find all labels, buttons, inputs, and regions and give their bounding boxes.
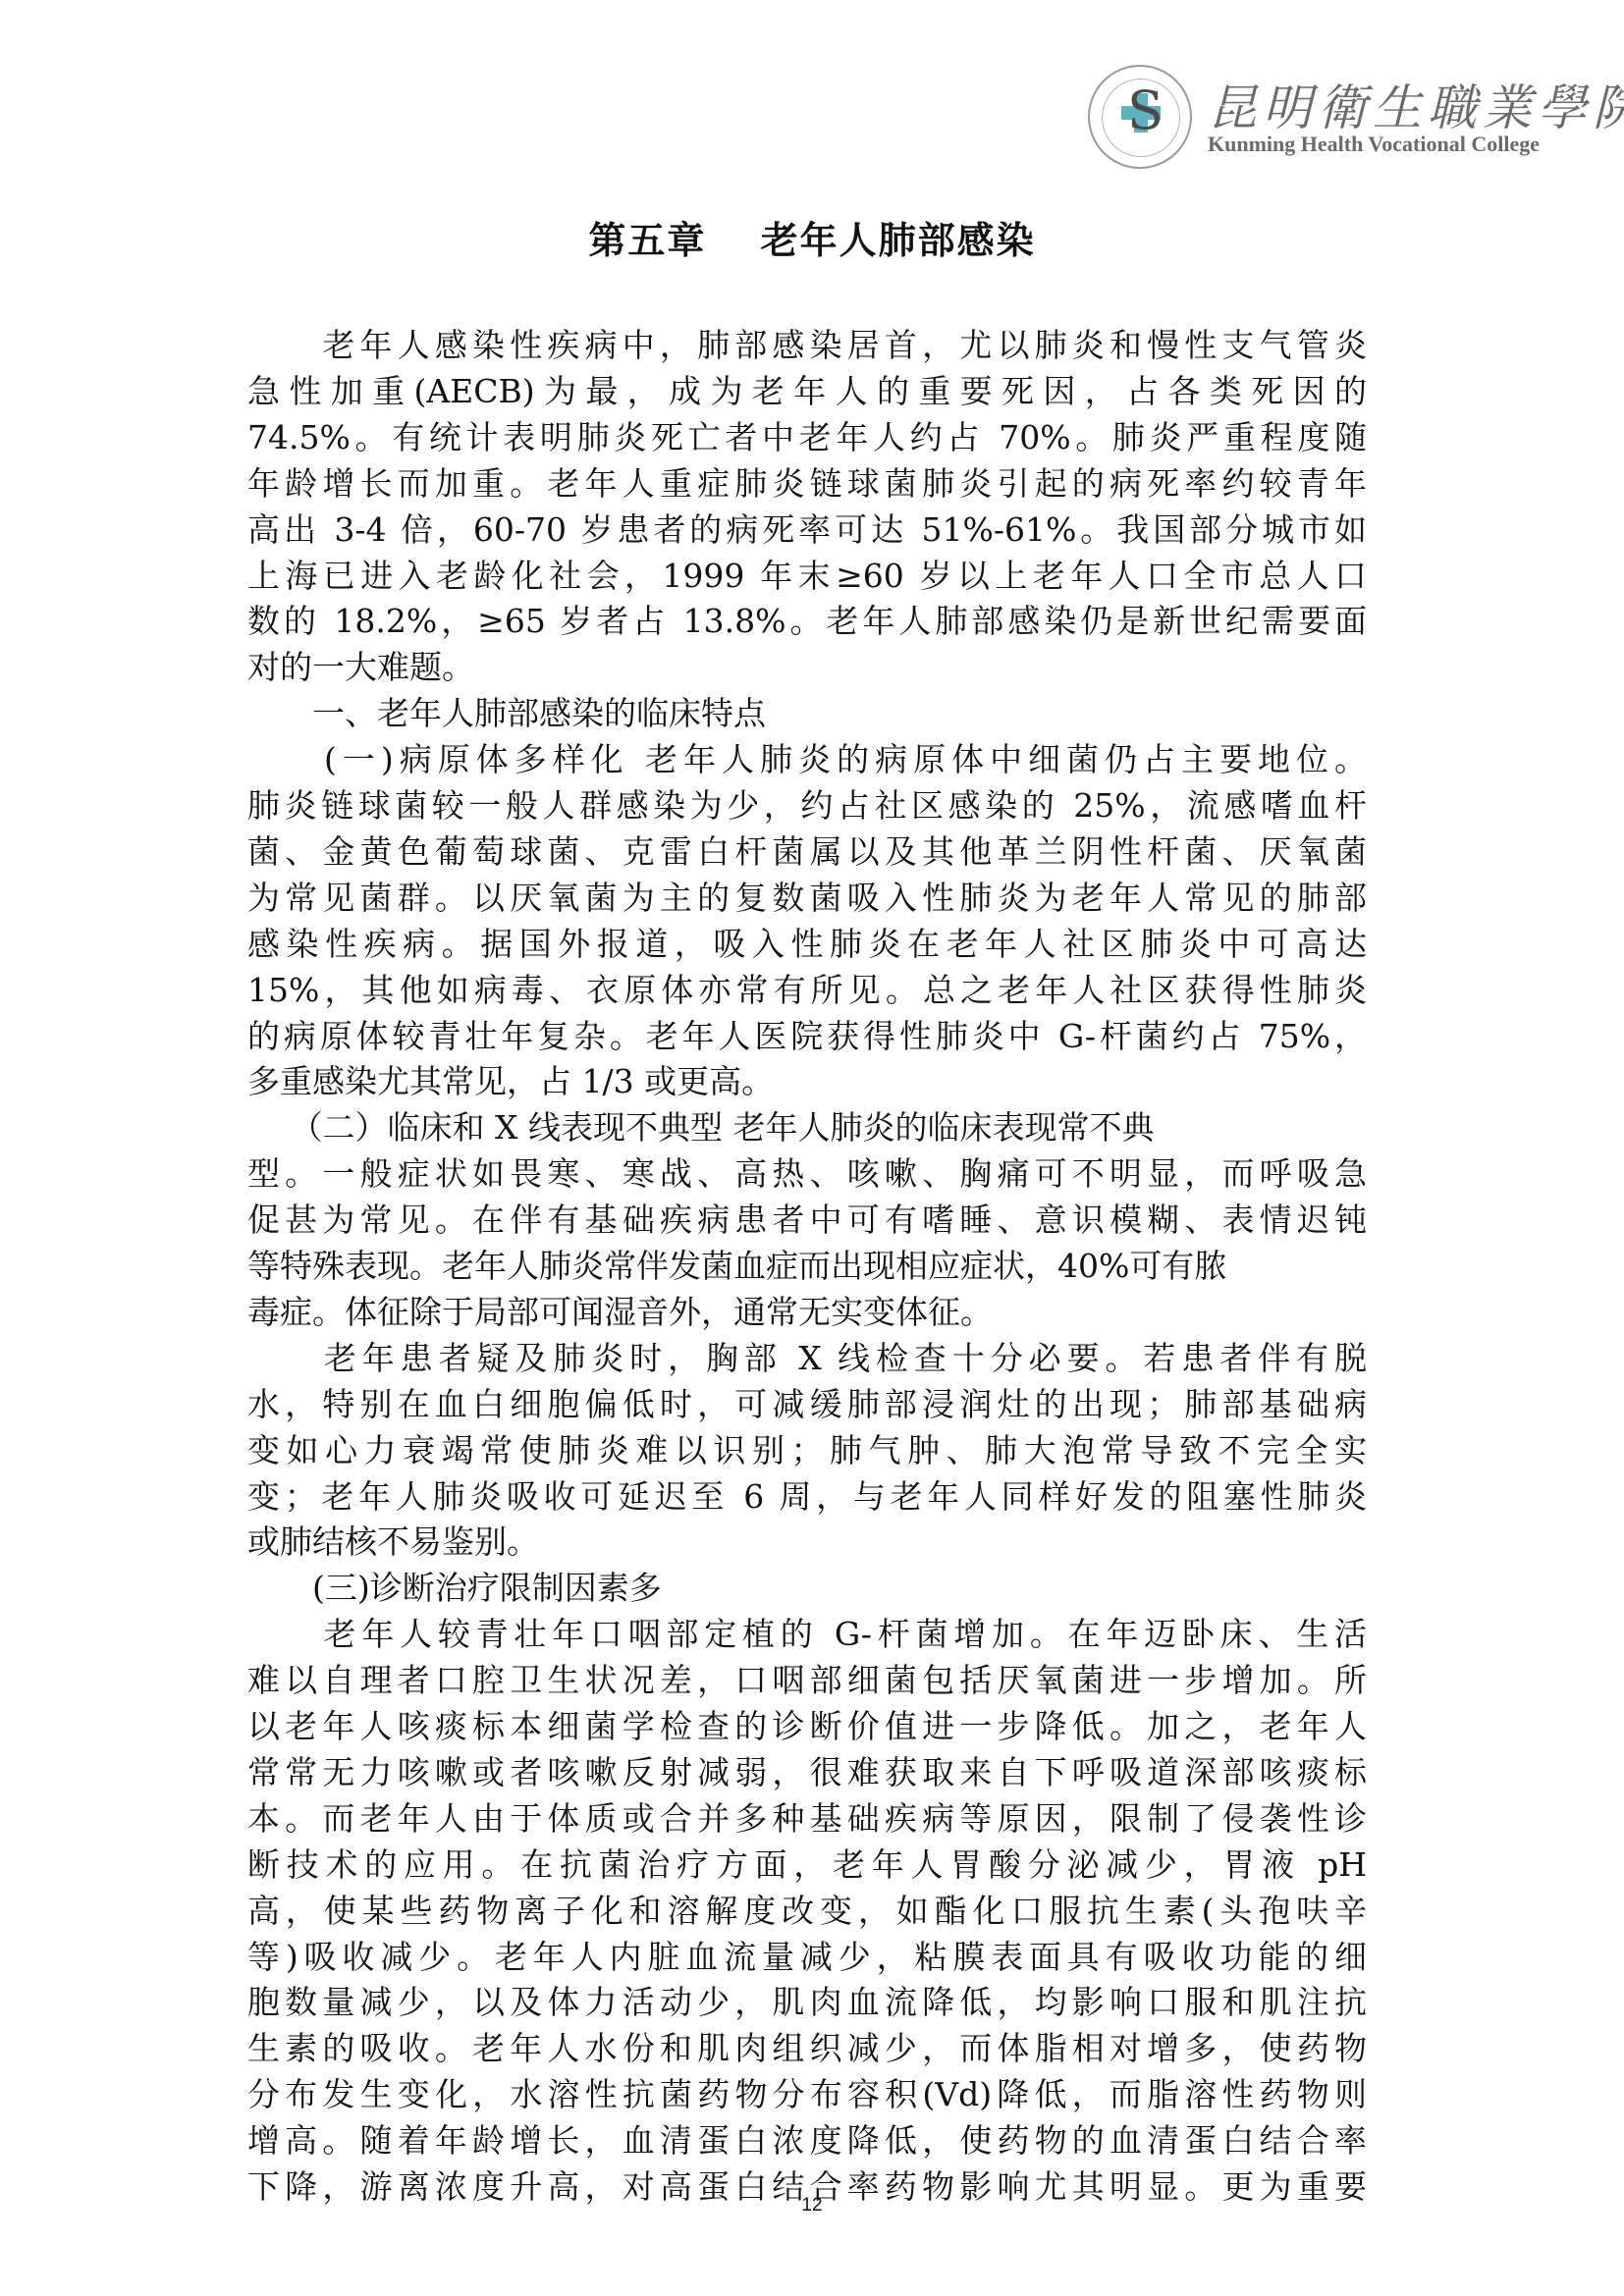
logo-chinese-name: 昆明衛生職業學院 <box>1208 69 1624 139</box>
text-line: 老年人感染性疾病中，肺部感染居首，尤以肺炎和慢性支气管炎 <box>247 326 1367 365</box>
text-line: 15%，其他如病毒、衣原体亦常有所见。总之老年人社区获得性肺炎 <box>247 971 1367 1010</box>
text-line: 生素的吸收。老年人水份和肌肉组织减少，而体脂相对增多，使药物 <box>247 2029 1367 2068</box>
text-line: 水，特别在血白细胞偏低时，可减缓肺部浸润灶的出现；肺部基础病 <box>247 1385 1367 1424</box>
text-line: 年龄增长而加重。老年人重症肺炎链球菌肺炎引起的病死率约较青年 <box>247 464 1367 504</box>
text-line: 一、老年人肺部感染的临床特点 <box>247 694 1367 733</box>
text-line: 难以自理者口腔卫生状况差，口咽部细菌包括厌氧菌进一步增加。所 <box>247 1661 1367 1700</box>
text-line: 急性加重(AECB)为最，成为老年人的重要死因，占各类死因的 <box>247 372 1367 411</box>
text-line: 本。而老年人由于体质或合并多种基础疾病等原因，限制了侵袭性诊 <box>247 1799 1367 1839</box>
text-line: 老年人较青壮年口咽部定植的 G-杆菌增加。在年迈卧床、生活 <box>247 1615 1367 1654</box>
text-line: 等特殊表现。老年人肺炎常伴发菌血症而出现相应症状，40%可有脓 <box>247 1247 1367 1286</box>
text-line: 菌、金黄色葡萄球菌、克雷白杆菌属以及其他革兰阴性杆菌、厌氧菌 <box>247 832 1367 872</box>
text-line: 常常无力咳嗽或者咳嗽反射减弱，很难获取来自下呼吸道深部咳痰标 <box>247 1753 1367 1792</box>
text-line: (三)诊断治疗限制因素多 <box>247 1569 1367 1608</box>
text-line: 为常见菌群。以厌氧菌为主的复数菌吸入性肺炎为老年人常见的肺部 <box>247 879 1367 918</box>
college-seal-icon: S <box>1088 65 1192 169</box>
text-line: 型。一般症状如畏寒、寒战、高热、咳嗽、胸痛可不明显，而呼吸急 <box>247 1154 1367 1194</box>
college-logo: S 昆明衛生職業學院 Kunming Health Vocational Col… <box>1088 65 1559 173</box>
chapter-title: 第五章 老年人肺部感染 <box>0 210 1624 264</box>
text-line: 促甚为常见。在伴有基础疾病患者中可有嗜睡、意识模糊、表情迟钝 <box>247 1201 1367 1240</box>
text-line: 等)吸收减少。老年人内脏血流量减少，粘膜表面具有吸收功能的细 <box>247 1938 1367 1977</box>
text-line: (一)病原体多样化 老年人肺炎的病原体中细菌仍占主要地位。 <box>247 740 1367 779</box>
text-line: 高出 3-4 倍，60-70 岁患者的病死率可达 51%-61%。我国部分城市如 <box>247 510 1367 550</box>
text-line: 肺炎链球菌较一般人群感染为少，约占社区感染的 25%，流感嗜血杆 <box>247 786 1367 826</box>
text-line: 上海已进入老龄化社会，1999 年末≥60 岁以上老年人口全市总人口 <box>247 557 1367 596</box>
text-line: 胞数量减少，以及体力活动少，肌肉血流降低，均影响口服和肌注抗 <box>247 1983 1367 2022</box>
text-line: 以老年人咳痰标本细菌学检查的诊断价值进一步降低。加之，老年人 <box>247 1707 1367 1746</box>
text-line: （二）临床和 X 线表现不典型 老年人肺炎的临床表现常不典 <box>247 1108 1367 1148</box>
page-number: 12 <box>0 2195 1624 2216</box>
text-line: 的病原体较青壮年复杂。老年人医院获得性肺炎中 G-杆菌约占 75%， <box>247 1017 1367 1056</box>
text-line: 或肺结核不易鉴别。 <box>247 1522 1367 1562</box>
text-line: 变如心力衰竭常使肺炎难以识别；肺气肿、肺大泡常导致不完全实 <box>247 1431 1367 1470</box>
text-line: 分布发生变化，水溶性抗菌药物分布容积(Vd)降低，而脂溶性药物则 <box>247 2075 1367 2114</box>
text-line: 高，使某些药物离子化和溶解度改变，如酯化口服抗生素(头孢呋辛 <box>247 1892 1367 1931</box>
text-line: 断技术的应用。在抗菌治疗方面，老年人胃酸分泌减少，胃液 pH <box>247 1845 1367 1885</box>
logo-english-name: Kunming Health Vocational College <box>1208 132 1540 157</box>
text-line: 增高。随着年龄增长，血清蛋白浓度降低，使药物的血清蛋白结合率 <box>247 2121 1367 2161</box>
text-line: 74.5%。有统计表明肺炎死亡者中老年人约占 70%。肺炎严重程度随 <box>247 418 1367 457</box>
text-line: 毒症。体征除于局部可闻湿音外，通常无实变体征。 <box>247 1293 1367 1332</box>
text-line: 老年患者疑及肺炎时，胸部 X 线检查十分必要。若患者伴有脱 <box>247 1339 1367 1378</box>
text-line: 对的一大难题。 <box>247 648 1367 687</box>
text-line: 变；老年人肺炎吸收可延迟至 6 周，与老年人同样好发的阻塞性肺炎 <box>247 1477 1367 1517</box>
text-line: 感染性疾病。据国外报道，吸入性肺炎在老年人社区肺炎中可高达 <box>247 925 1367 964</box>
text-line: 多重感染尤其常见，占 1/3 或更高。 <box>247 1062 1367 1101</box>
text-line: 数的 18.2%，≥65 岁者占 13.8%。老年人肺部感染仍是新世纪需要面 <box>247 602 1367 641</box>
